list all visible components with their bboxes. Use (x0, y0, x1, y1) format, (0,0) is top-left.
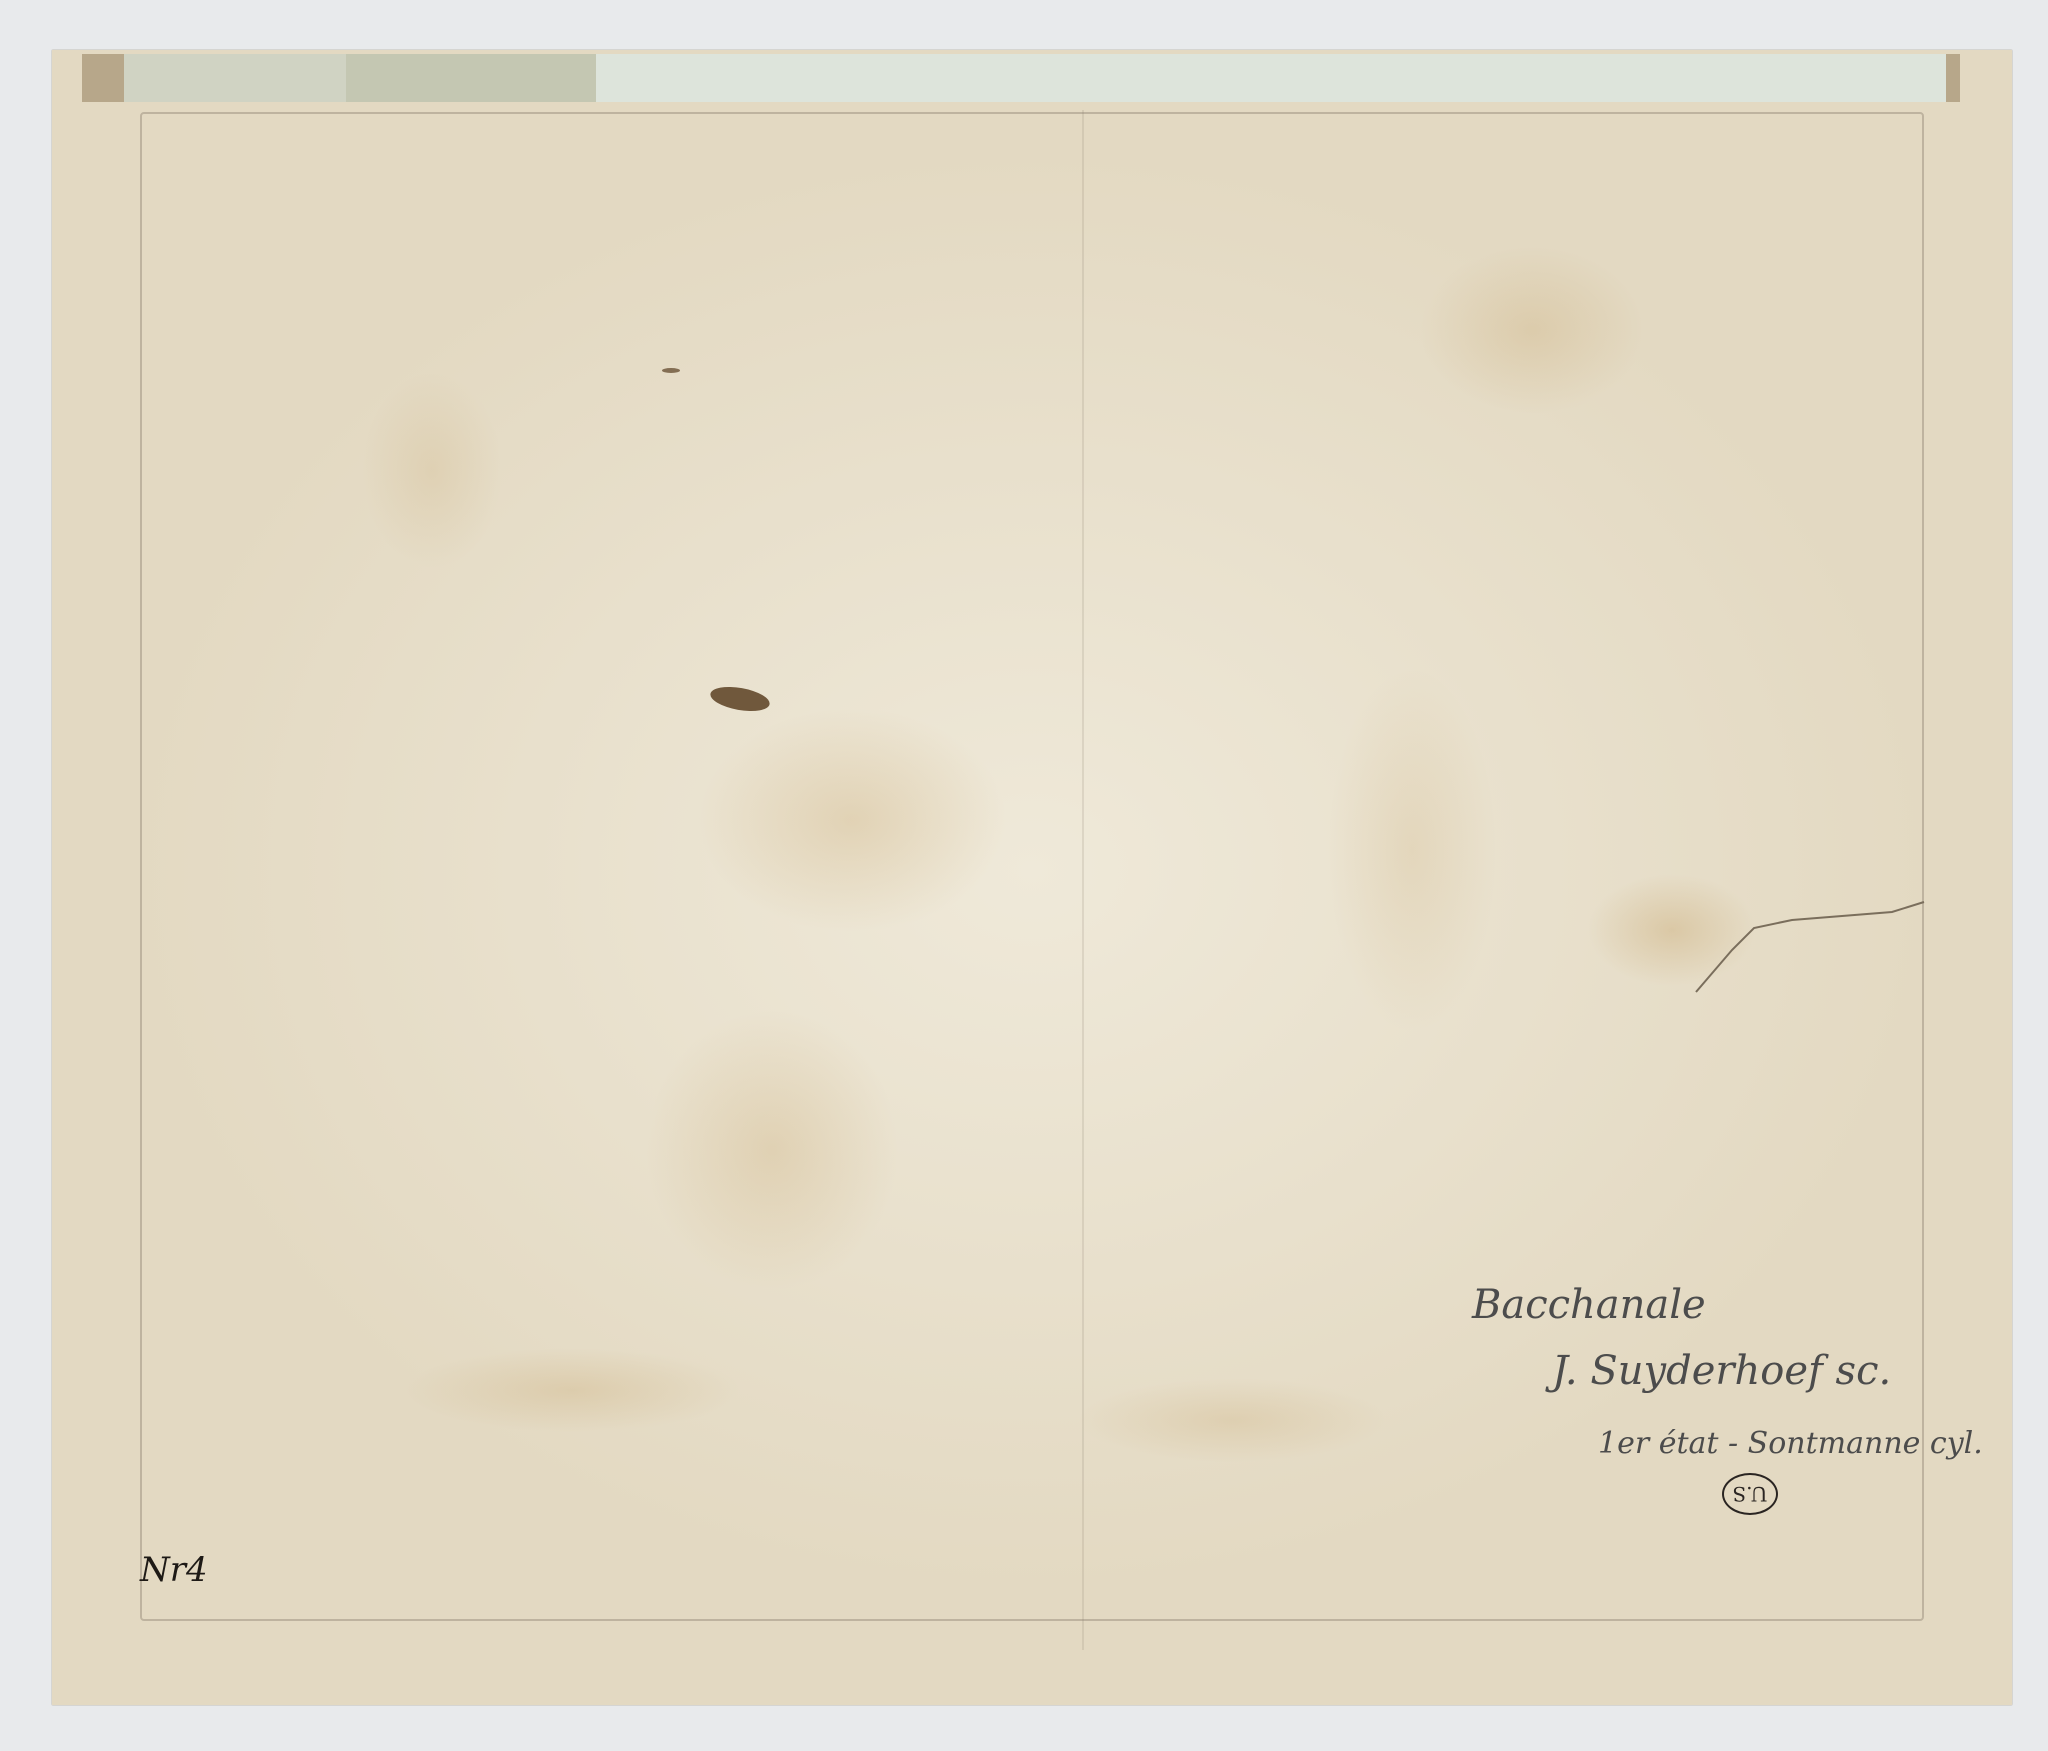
annotation-engraver: J. Suyderhoef sc. (1552, 1348, 1891, 1394)
tape-strip-3 (596, 54, 1946, 102)
tape-strip-1 (124, 54, 346, 102)
tape-strip-2 (346, 54, 596, 102)
center-fold (1082, 110, 1084, 1650)
inventory-number: Nr4 (140, 1550, 208, 1590)
paper-crack (1692, 880, 1932, 1000)
annotation-title: Bacchanale (1472, 1282, 1706, 1328)
collector-stamp: U.S (1722, 1473, 1778, 1515)
small-mark (662, 368, 680, 373)
plate-mark (140, 112, 1924, 1621)
tape-edge (1946, 54, 1960, 102)
tape-residue (82, 54, 124, 102)
annotation-state: 1er état - Sontmanne cyl. (1598, 1426, 1983, 1461)
paper-sheet: Bacchanale J. Suyderhoef sc. 1er état - … (52, 50, 2012, 1705)
